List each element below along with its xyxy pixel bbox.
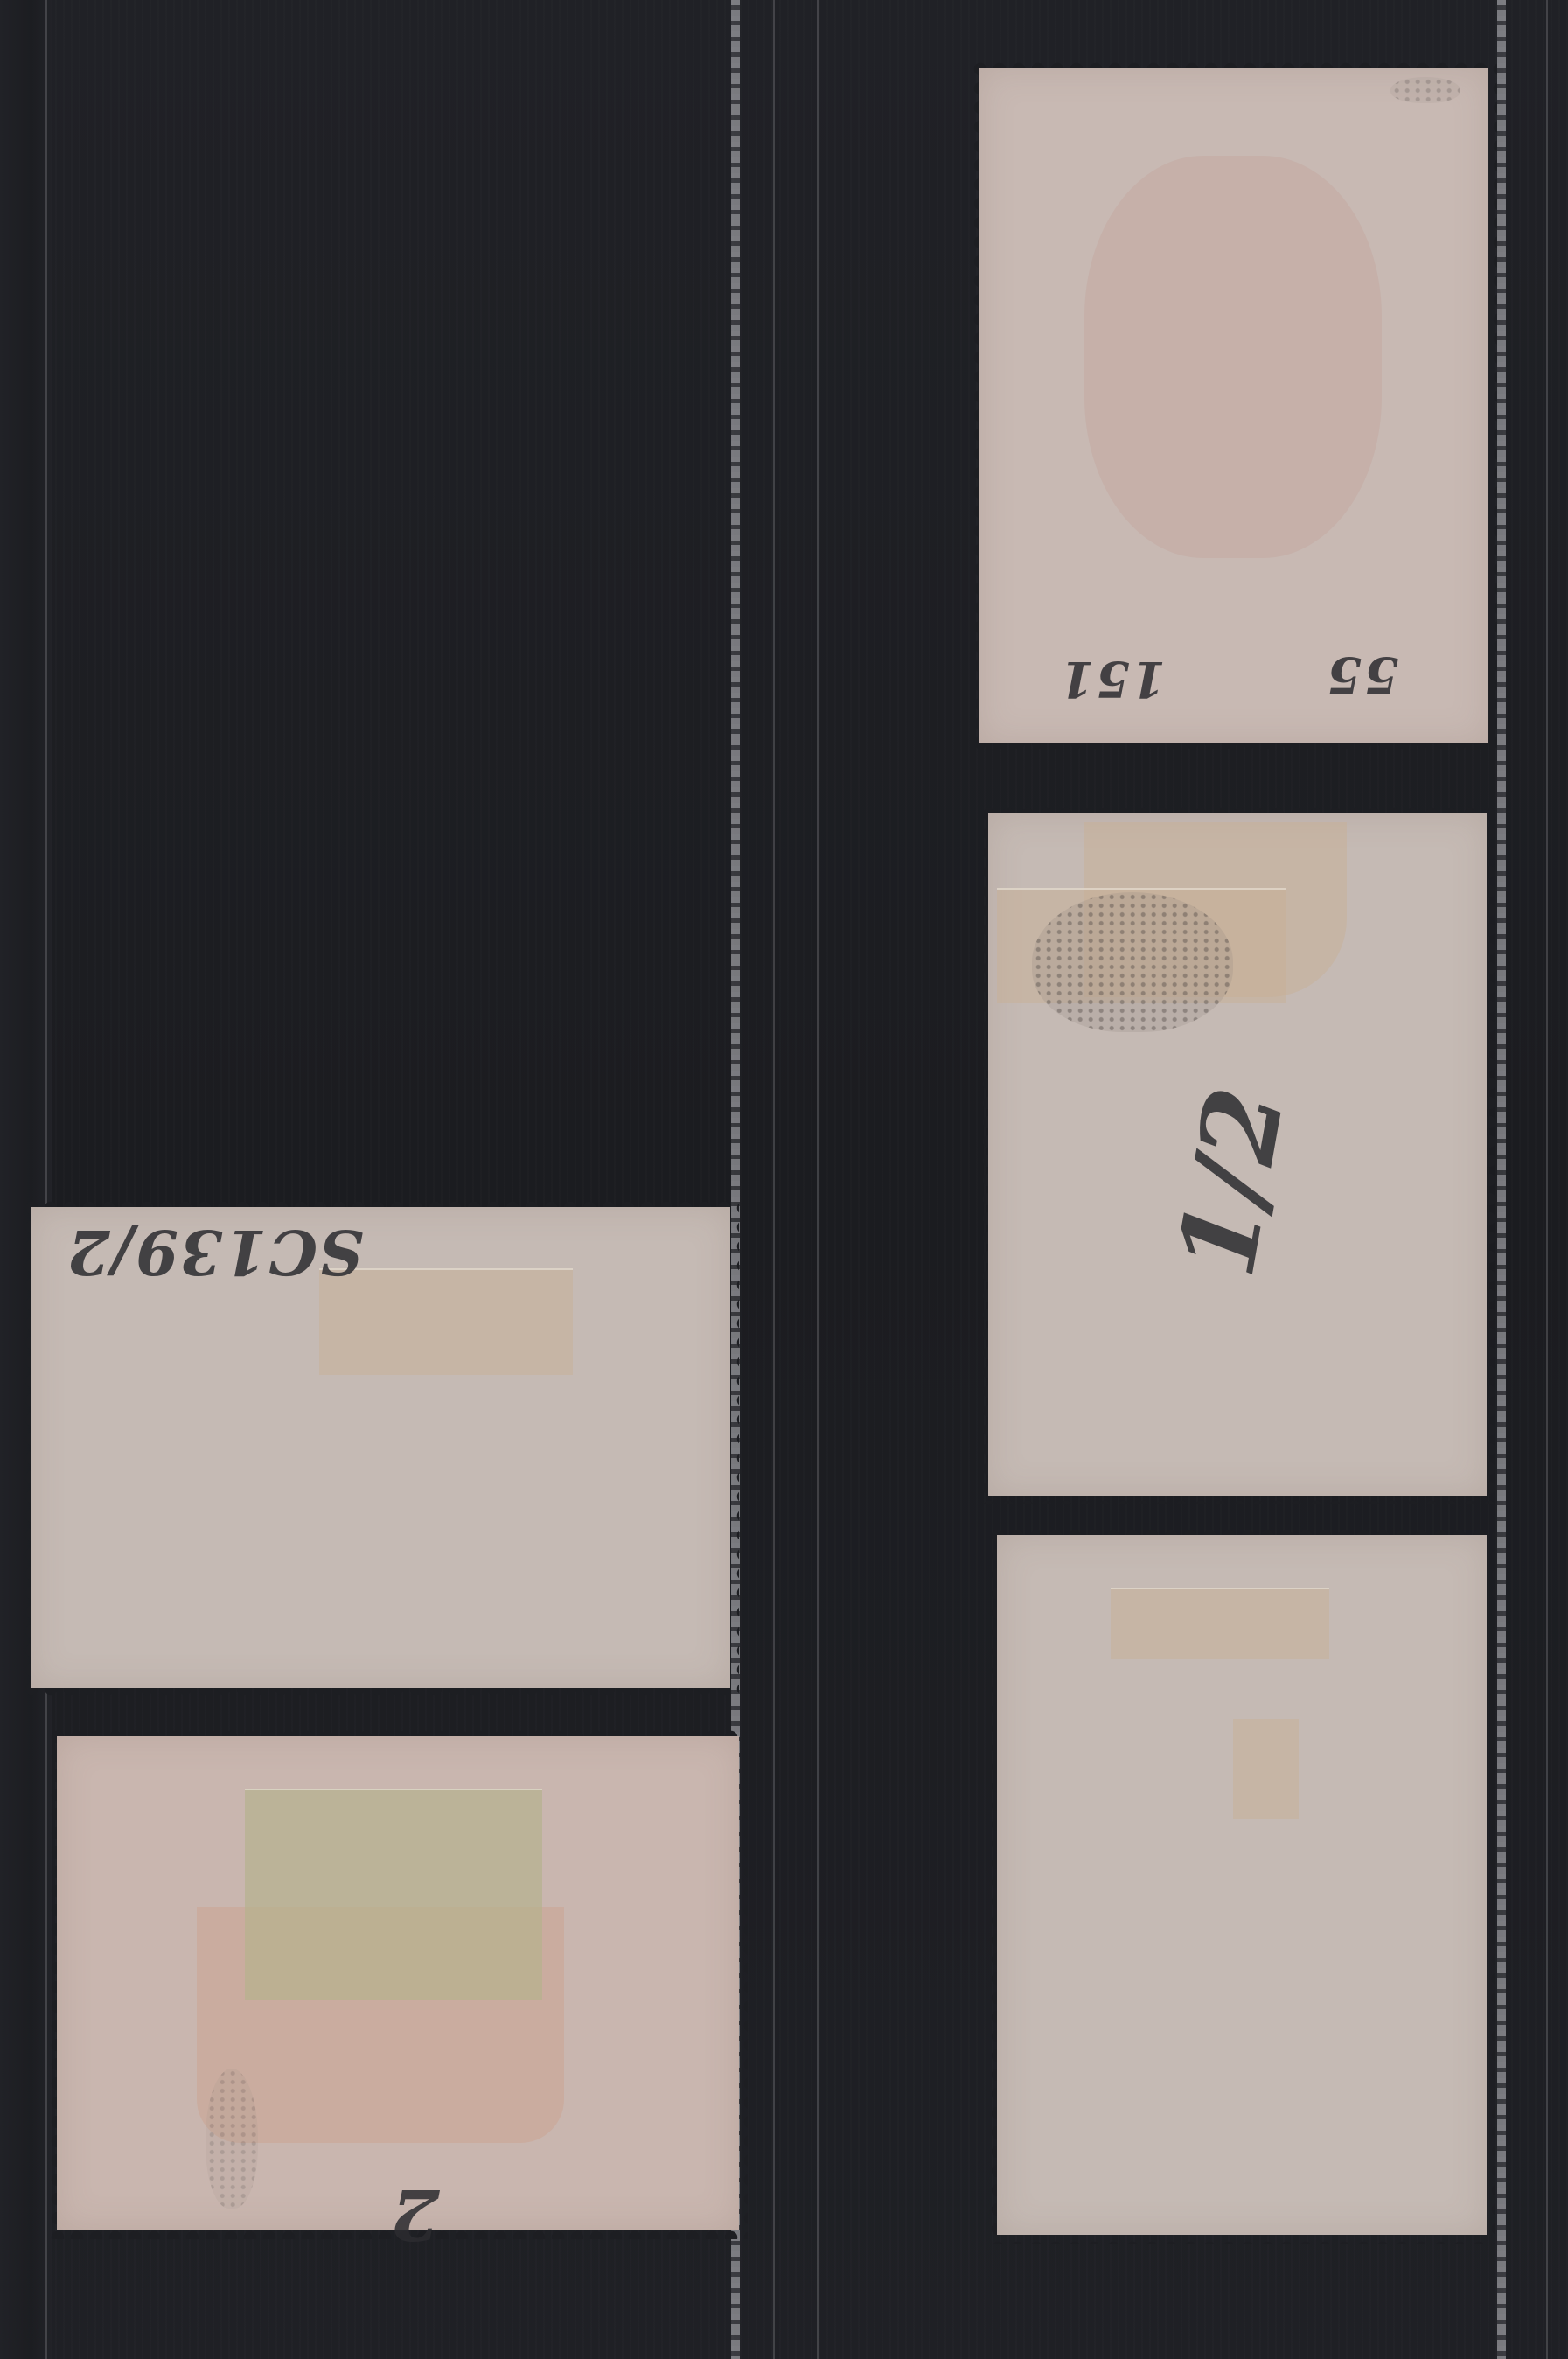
cancellation-dots	[206, 2069, 258, 2209]
pencil-annotation-catalog-number: SC139/2	[66, 1216, 364, 1288]
strip-divider	[773, 0, 775, 2359]
pencil-annotation-catalog-number: 151	[1058, 650, 1166, 708]
hinge-remnant	[1111, 1588, 1329, 1659]
hinge-remnant	[245, 1789, 542, 2000]
design-show-through	[1084, 156, 1382, 558]
stockbook-strip-left-edge	[0, 0, 52, 2359]
stamp-bottom-right	[997, 1535, 1487, 2235]
pencil-annotation-fraction: 1/2	[1154, 1077, 1309, 1285]
strip-divider	[45, 0, 47, 2359]
strip-divider	[817, 0, 819, 2359]
pencil-annotation-price: 55	[1325, 646, 1399, 705]
strip-divider-rough	[1497, 0, 1506, 2359]
stamp-top-right: 151 55	[979, 68, 1488, 743]
postmark-show-through	[1032, 892, 1233, 1032]
strip-divider	[1546, 0, 1548, 2359]
stamp-left-upper: SC139/2	[31, 1207, 730, 1688]
hinge-remnant	[1233, 1719, 1299, 1819]
cancellation-mark	[1390, 77, 1460, 103]
stamp-left-lower: 2	[57, 1736, 739, 2230]
stamp-middle-right: 1/2	[988, 813, 1487, 1496]
pencil-annotation-number: 2	[389, 2174, 440, 2256]
